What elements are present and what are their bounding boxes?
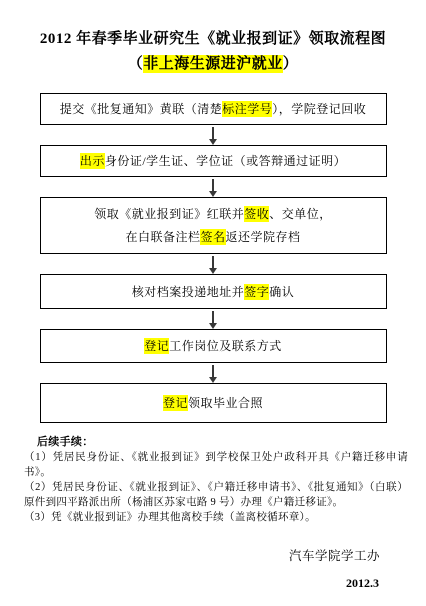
highlighted-text: 标注学号 <box>222 101 272 117</box>
flow-step-5: 登记工作岗位及联系方式 <box>40 329 387 363</box>
text-segment: 领取《就业报到证》红联并 <box>94 207 244 221</box>
highlighted-text: 签字 <box>244 284 269 300</box>
flow-step-3-text-line-2: 在白联备注栏签名返还学院存档 <box>125 230 300 244</box>
flowchart: 提交《批复通知》黄联（清楚标注学号），学院登记回收 出示身份证/学生证、学位证（… <box>40 93 387 423</box>
arrow-head <box>209 323 217 329</box>
followup-item-2: （2）凭居民身份证、《就业报到证》、《户籍迁移申请书》、《批复通知》（白联）原件… <box>24 480 408 510</box>
text-segment: 提交《批复通知》黄联（清楚 <box>60 102 223 116</box>
arrow-shaft <box>212 365 214 377</box>
page-title: 2012 年春季毕业研究生《就业报到证》领取流程图 <box>0 0 426 50</box>
text-segment: 、交单位， <box>269 207 332 221</box>
text-segment: 领取毕业合照 <box>188 396 263 410</box>
flow-step-3-text-line-1: 领取《就业报到证》红联并签收、交单位， <box>94 207 332 221</box>
text-segment: 核对档案投递地址并 <box>132 285 245 299</box>
followup-item-3: （3）凭《就业报到证》办理其他离校手续（盖离校循环章）。 <box>24 510 408 525</box>
document-page: 2012 年春季毕业研究生《就业报到证》领取流程图 （非上海生源进沪就业） 提交… <box>0 0 426 606</box>
signature-date: 2012.3 <box>0 576 426 591</box>
arrow-shaft <box>212 256 214 268</box>
followup-heading: 后续手续： <box>24 435 408 450</box>
flow-step-2-text: 出示身份证/学生证、学位证（或答辩通过证明） <box>80 154 346 168</box>
arrow-down-icon <box>40 309 387 329</box>
arrow-down-icon <box>40 363 387 383</box>
text-segment: ） <box>283 56 299 72</box>
followup-item-1: （1）凭居民身份证、《就业报到证》到学校保卫处户政科开具《户籍迁移申请书》。 <box>24 450 408 480</box>
arrow-down-icon <box>40 125 387 145</box>
text-segment: ），学院登记回收 <box>272 102 366 116</box>
arrow-head <box>209 268 217 274</box>
highlighted-text: 签名 <box>200 229 225 245</box>
followup-section: 后续手续： （1）凭居民身份证、《就业报到证》到学校保卫处户政科开具《户籍迁移申… <box>24 435 408 525</box>
text-segment: 在白联备注栏 <box>125 230 200 244</box>
arrow-head <box>209 191 217 197</box>
arrow-shaft <box>212 127 214 139</box>
arrow-down-icon <box>40 254 387 274</box>
arrow-shaft <box>212 311 214 323</box>
flow-step-3: 领取《就业报到证》红联并签收、交单位， 在白联备注栏签名返还学院存档 <box>40 197 387 254</box>
highlighted-text: 登记 <box>163 395 188 411</box>
arrow-down-icon <box>40 177 387 197</box>
flow-step-2: 出示身份证/学生证、学位证（或答辩通过证明） <box>40 145 387 177</box>
flow-step-1-text: 提交《批复通知》黄联（清楚标注学号），学院登记回收 <box>60 102 367 116</box>
text-segment: 身份证/学生证、学位证（或答辩通过证明） <box>105 154 346 168</box>
arrow-head <box>209 139 217 145</box>
flow-step-4-text: 核对档案投递地址并签字确认 <box>132 285 295 299</box>
page-subtitle: （非上海生源进沪就业） <box>0 54 426 75</box>
text-segment: 返还学院存档 <box>226 230 301 244</box>
highlighted-text: 签收 <box>244 206 269 222</box>
flow-step-4: 核对档案投递地址并签字确认 <box>40 274 387 309</box>
flow-step-6-text: 登记领取毕业合照 <box>163 396 263 410</box>
highlighted-text: 非上海生源进沪就业 <box>143 55 283 73</box>
text-segment: 确认 <box>269 285 294 299</box>
arrow-head <box>209 377 217 383</box>
flow-step-5-text: 登记工作岗位及联系方式 <box>144 339 282 353</box>
flow-step-1: 提交《批复通知》黄联（清楚标注学号），学院登记回收 <box>40 93 387 125</box>
text-segment: （ <box>128 56 144 72</box>
arrow-shaft <box>212 179 214 191</box>
highlighted-text: 出示 <box>80 153 105 169</box>
text-segment: 工作岗位及联系方式 <box>169 339 282 353</box>
flow-step-6: 登记领取毕业合照 <box>40 383 387 423</box>
signature-department: 汽车学院学工办 <box>0 546 426 564</box>
highlighted-text: 登记 <box>144 338 169 354</box>
